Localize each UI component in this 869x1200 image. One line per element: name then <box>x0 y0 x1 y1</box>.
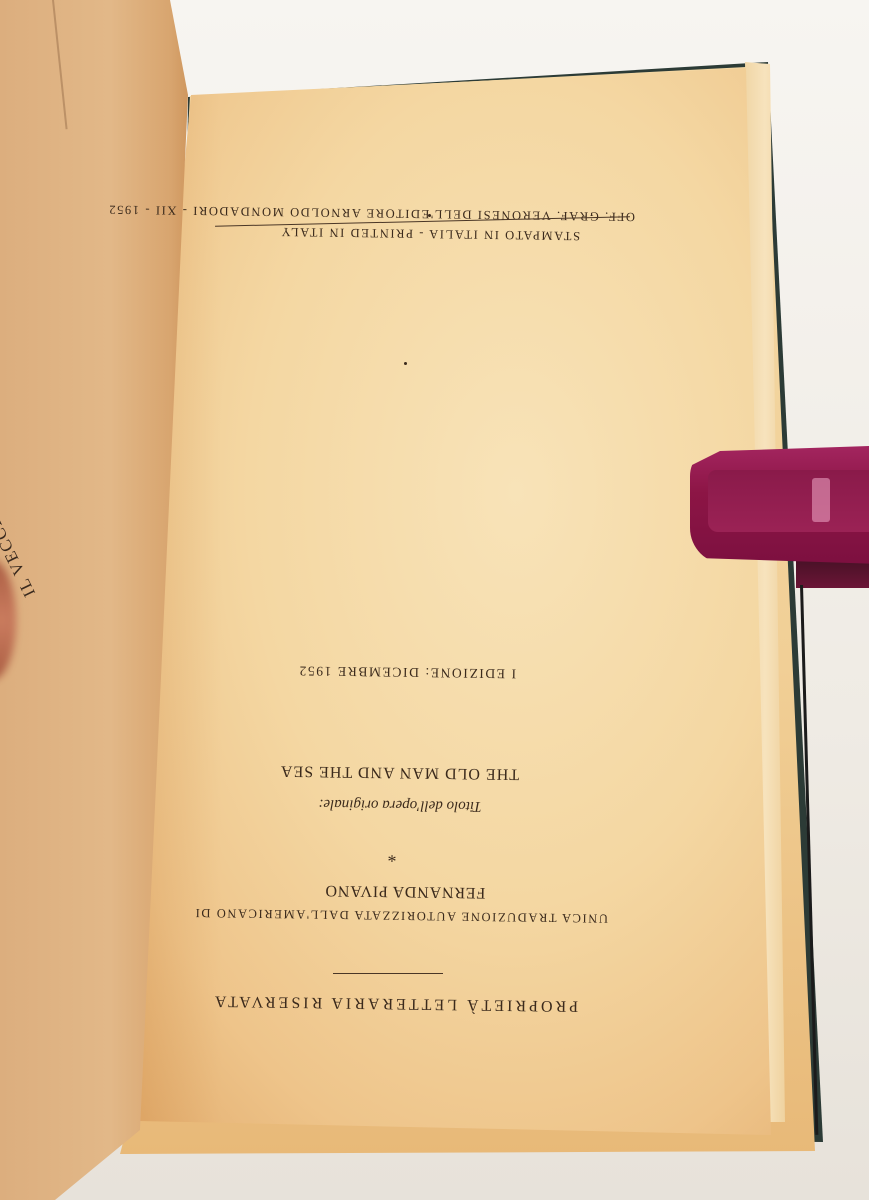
gutter-shadow <box>96 60 796 1140</box>
translator-name: FERNANDA PIVANO <box>290 880 520 901</box>
section-rule <box>333 973 443 974</box>
rule-dot <box>428 214 431 217</box>
clip-highlight <box>812 478 830 522</box>
edition-line: I EDIZIONE: DICEMBRE 1952 <box>292 662 522 681</box>
asterism-ornament: * <box>382 845 402 866</box>
speck <box>404 362 407 365</box>
clip-inner-face <box>708 470 869 532</box>
original-title-label: Titolo dell'opera originale: <box>290 794 510 814</box>
